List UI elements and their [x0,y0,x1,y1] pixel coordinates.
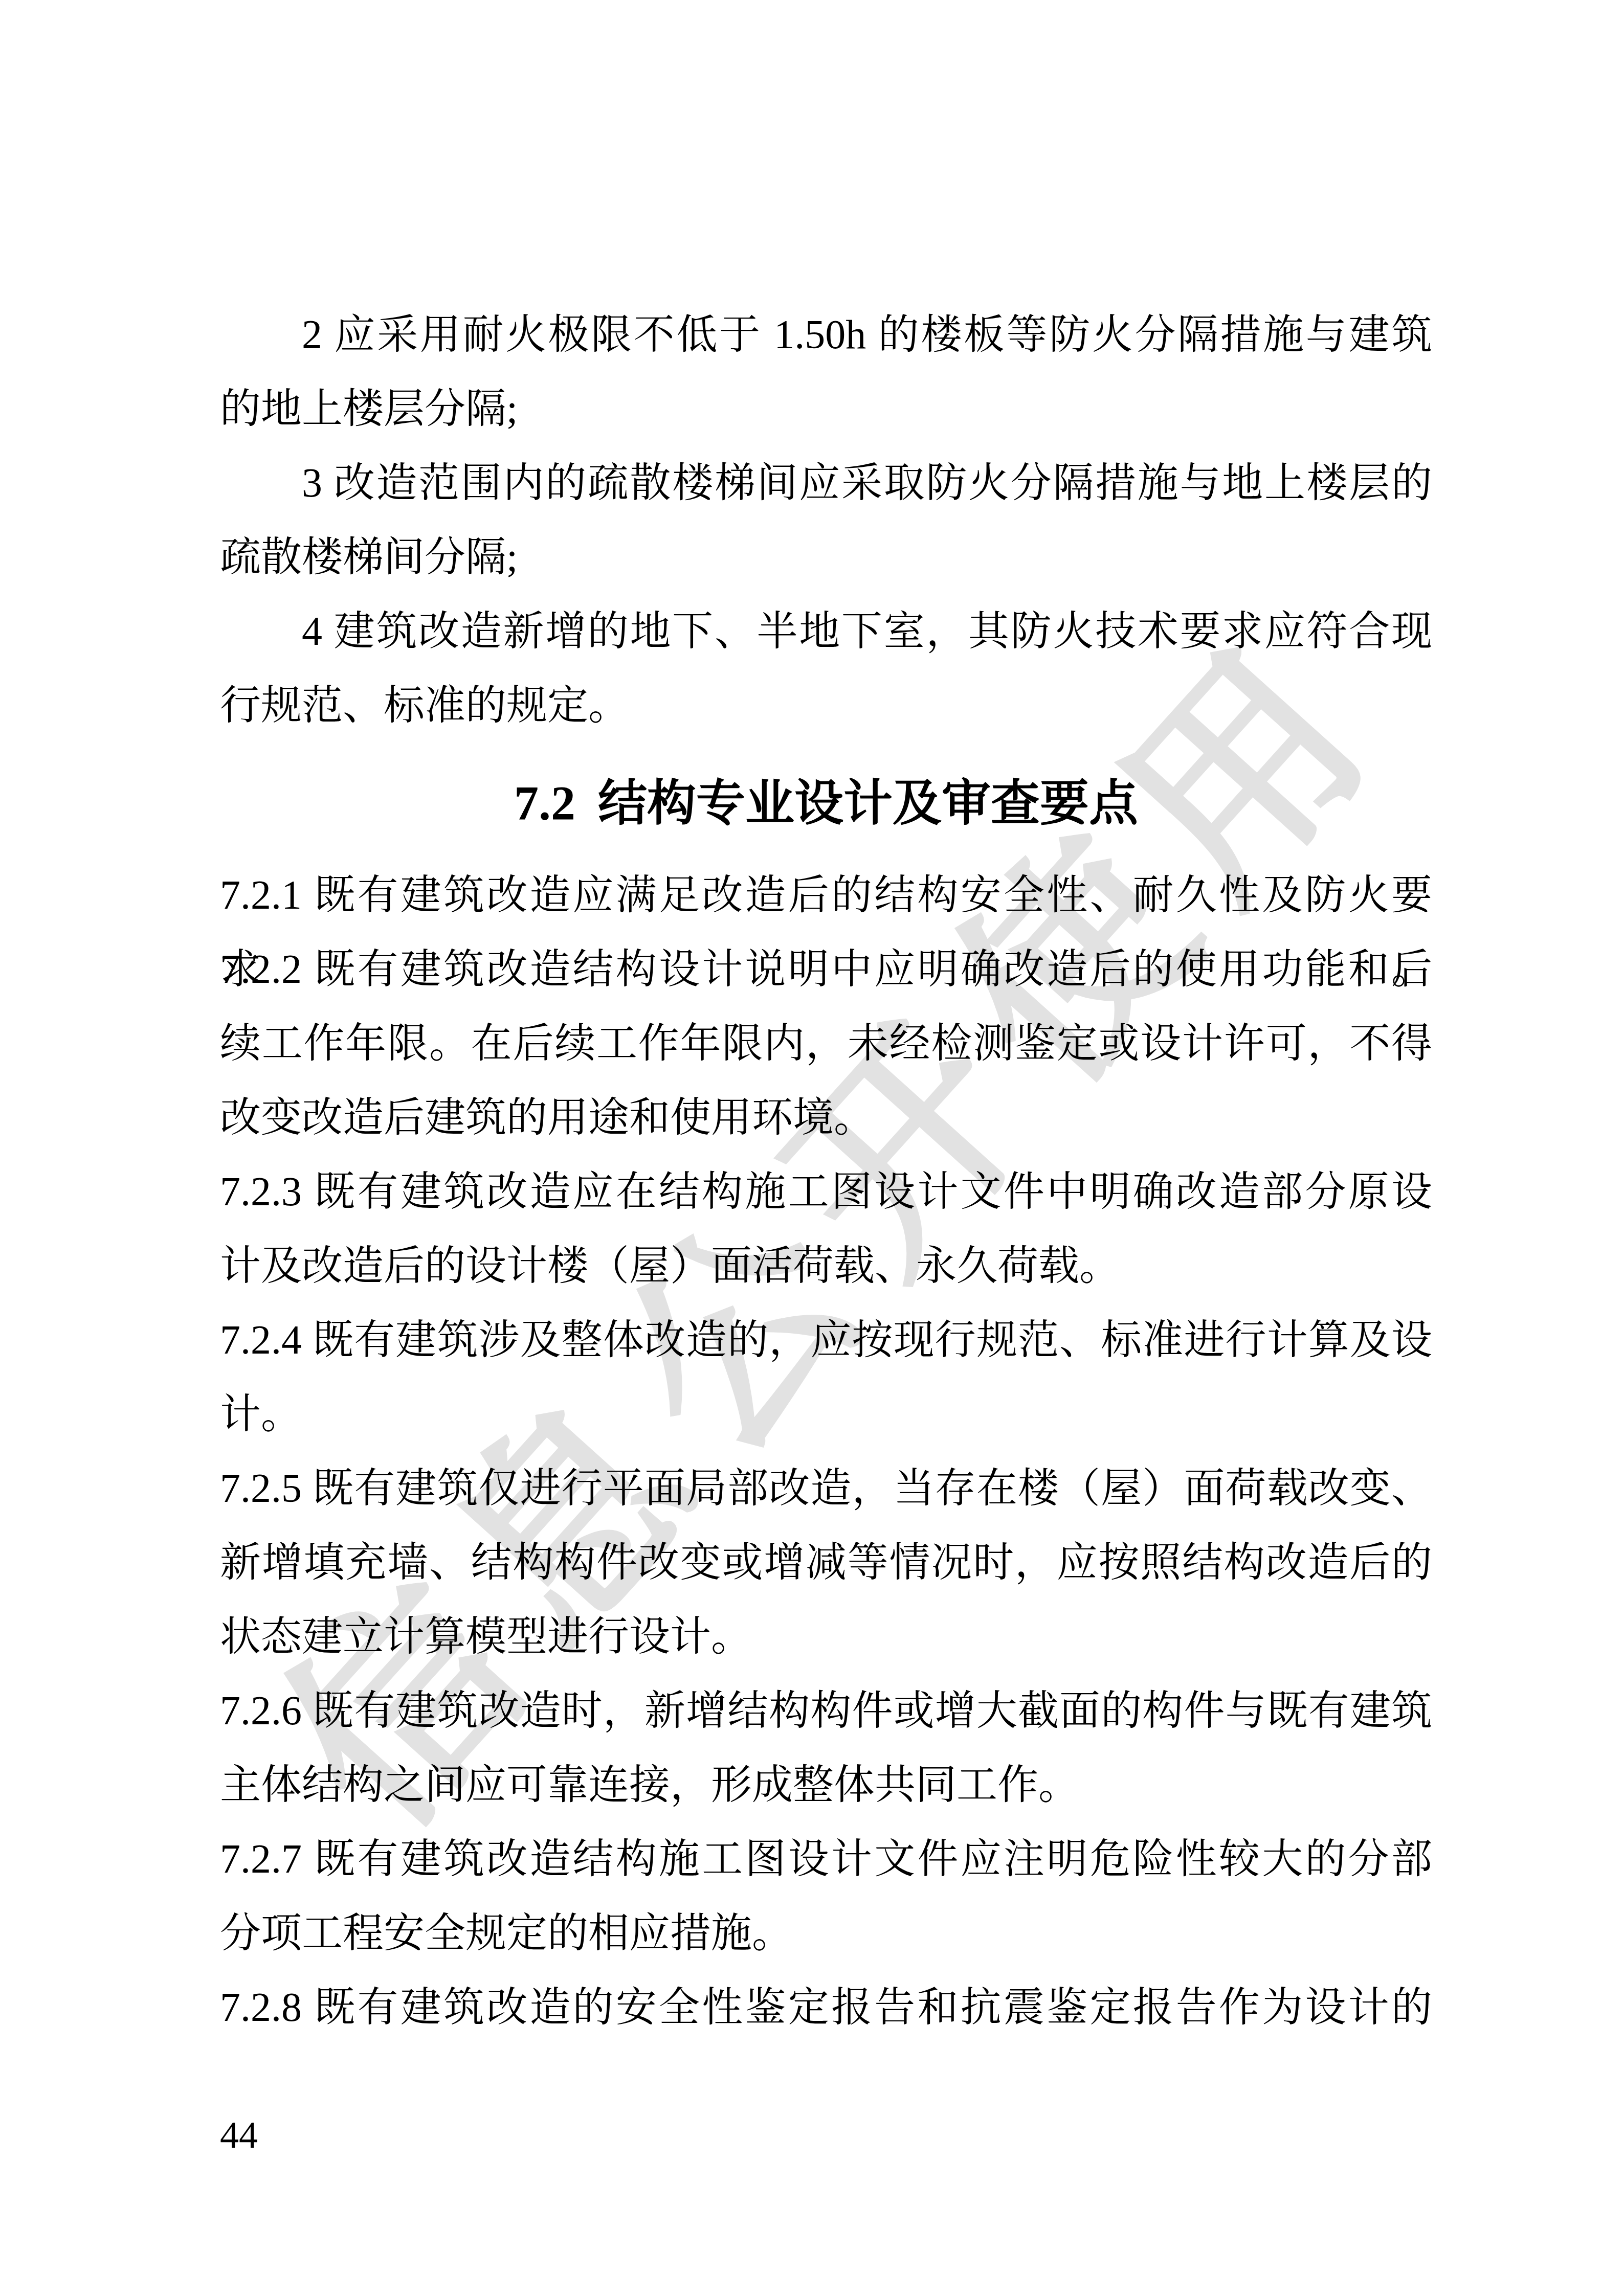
body-line: 计。 [220,1378,1432,1452]
section-number: 7.2 [514,776,575,830]
page-content: 2 应采用耐火极限不低于 1.50h 的楼板等防火分隔措施与建筑 的地上楼层分隔… [220,0,1432,2154]
body-line: 疏散楼梯间分隔; [220,521,1432,595]
body-line: 的地上楼层分隔; [220,372,1432,446]
section-heading: 7.2结构专业设计及审查要点 [220,774,1432,833]
body-line: 计及改造后的设计楼（屋）面活荷载、永久荷载。 [220,1229,1432,1303]
body-line: 主体结构之间应可靠连接，形成整体共同工作。 [220,1748,1432,1822]
clause-line: 7.2.8 既有建筑改造的安全性鉴定报告和抗震鉴定报告作为设计的 [220,1971,1432,2045]
body-line: 行规范、标准的规定。 [220,669,1432,743]
body-line: 新增填充墙、结构构件改变或增减等情况时，应按照结构改造后的 [220,1526,1432,1600]
clause-line: 7.2.6 既有建筑改造时，新增结构构件或增大截面的构件与既有建筑 [220,1674,1432,1748]
list-item-line: 2 应采用耐火极限不低于 1.50h 的楼板等防火分隔措施与建筑 [220,298,1432,372]
list-item-line: 3 改造范围内的疏散楼梯间应采取防火分隔措施与地上楼层的 [220,446,1432,521]
page-number: 44 [220,2117,1432,2154]
clause-line: 7.2.5 既有建筑仅进行平面局部改造，当存在楼（屋）面荷载改变、 [220,1452,1432,1526]
body-line: 状态建立计算模型进行设计。 [220,1600,1432,1674]
body-line: 分项工程安全规定的相应措施。 [220,1897,1432,1971]
body-line: 改变改造后建筑的用途和使用环境。 [220,1081,1432,1155]
clause-line: 7.2.2 既有建筑改造结构设计说明中应明确改造后的使用功能和后 [220,933,1432,1007]
clause-line: 7.2.3 既有建筑改造应在结构施工图设计文件中明确改造部分原设 [220,1155,1432,1229]
clause-line: 7.2.1 既有建筑改造应满足改造后的结构安全性、耐久性及防火要求。 [220,859,1432,933]
clause-line: 7.2.4 既有建筑涉及整体改造的，应按现行规范、标准进行计算及设 [220,1303,1432,1378]
body-line: 续工作年限。在后续工作年限内，未经检测鉴定或设计许可，不得 [220,1007,1432,1081]
section-title: 结构专业设计及审查要点 [598,776,1138,830]
clause-line: 7.2.7 既有建筑改造结构施工图设计文件应注明危险性较大的分部 [220,1822,1432,1897]
list-item-line: 4 建筑改造新增的地下、半地下室，其防火技术要求应符合现 [220,595,1432,669]
document-page: { "watermark": { "text": "信息公开使用", "colo… [0,0,1624,2296]
